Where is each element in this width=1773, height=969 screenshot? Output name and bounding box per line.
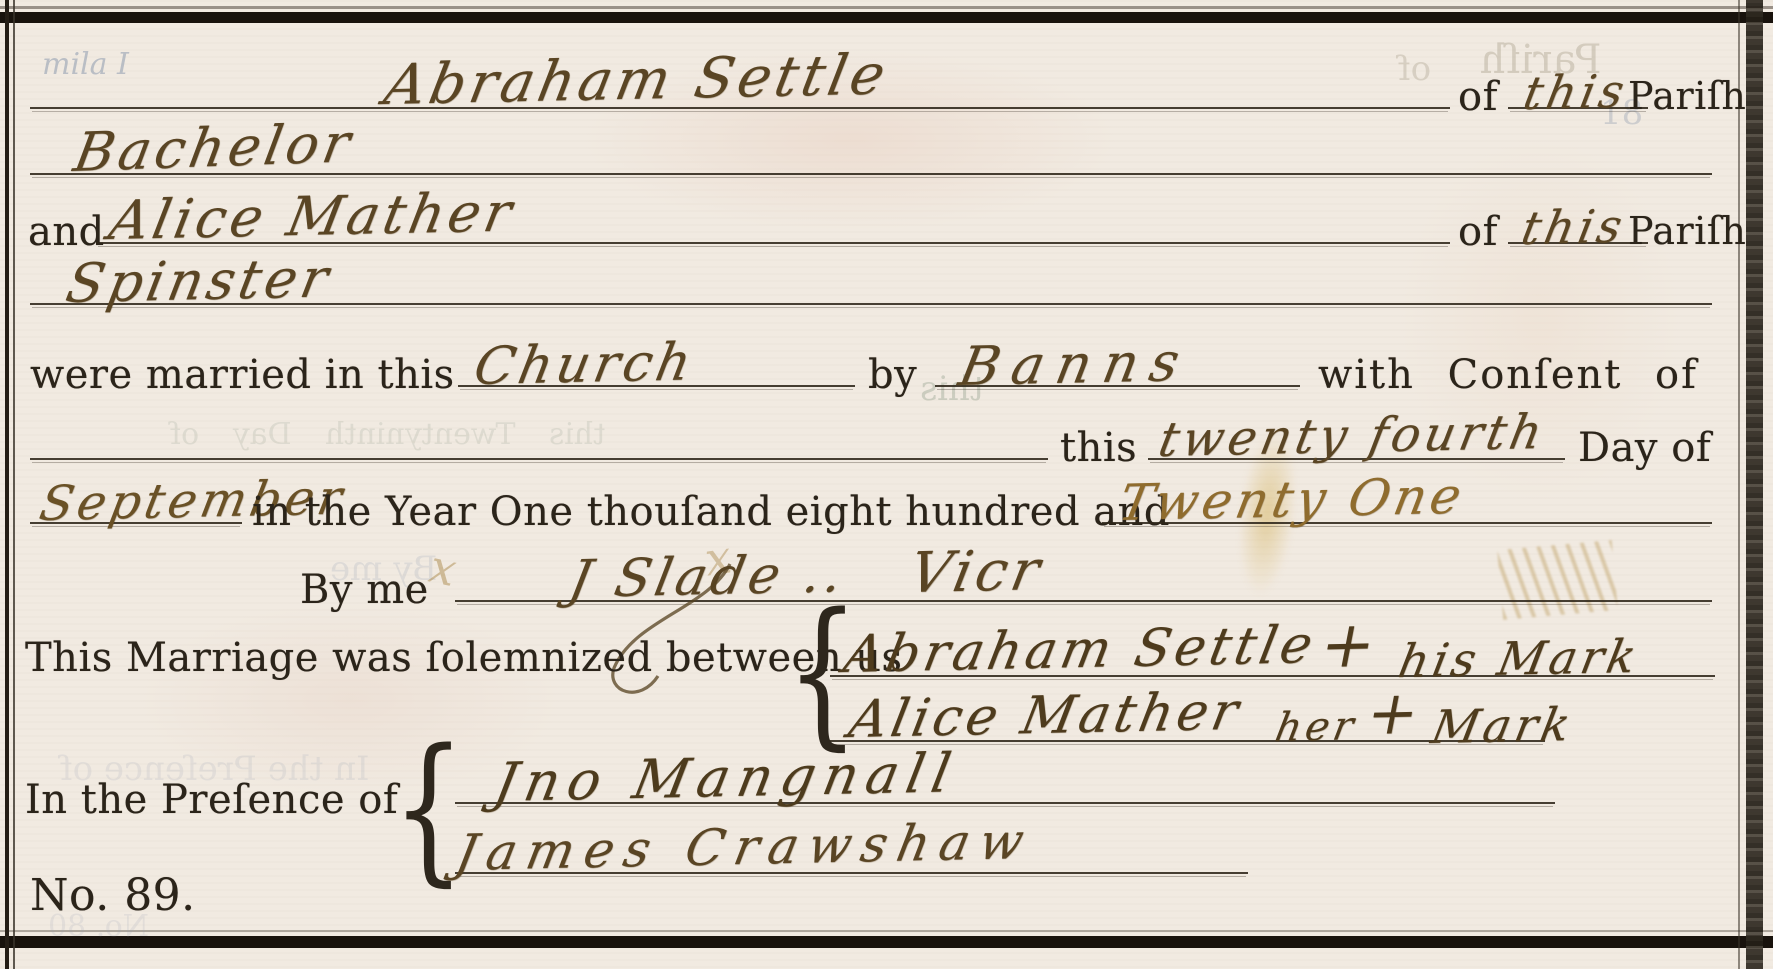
groom-signature: Abraham Settle bbox=[840, 619, 1321, 681]
border-bottom-thin bbox=[0, 930, 1773, 932]
groom-abode-handwritten: this bbox=[1520, 68, 1632, 116]
binding-edge bbox=[1746, 0, 1763, 969]
witness1-signature: Jno Mangnall bbox=[490, 746, 963, 810]
border-top-bar bbox=[0, 12, 1773, 23]
bride-condition-handwritten: Spinster bbox=[62, 252, 336, 311]
officiant-title: Vicr bbox=[905, 543, 1048, 602]
border-left-outer bbox=[5, 0, 9, 969]
border-bottom-bar bbox=[0, 936, 1773, 948]
printed-with-consent: with Conſent of bbox=[1318, 355, 1698, 395]
witness2-signature: James Crawshaw bbox=[452, 816, 1038, 878]
bleedthrough-mark: x bbox=[426, 543, 461, 593]
printed-presence-phrase: In the Preſence of bbox=[25, 780, 398, 820]
printed-label-of: of bbox=[1458, 77, 1498, 117]
printed-label-parish: Pariſh bbox=[1628, 212, 1746, 250]
venue-handwritten: Church bbox=[470, 336, 699, 393]
printed-by-me: By me bbox=[300, 570, 429, 610]
border-top-thin bbox=[0, 6, 1773, 9]
groom-name-handwritten: Abraham Settle bbox=[380, 48, 893, 114]
year-handwritten: Twenty One bbox=[1115, 471, 1469, 528]
marriage-register-entry: mila I Pariſh of 18 this this Twentynint… bbox=[0, 0, 1773, 969]
entry-number: No. 89. bbox=[30, 874, 196, 918]
groom-condition-handwritten: Bachelor bbox=[70, 116, 358, 180]
border-right-line bbox=[1738, 0, 1740, 969]
ruled-line bbox=[30, 458, 1048, 464]
groom-mark-label: his Mark bbox=[1395, 633, 1644, 684]
bleedthrough-text: of bbox=[1398, 52, 1431, 86]
bride-abode-handwritten: this bbox=[1518, 203, 1630, 251]
printed-label-of: of bbox=[1458, 212, 1498, 252]
bleedthrough-text: this Twentyninth Day of bbox=[170, 420, 605, 450]
bleedthrough-text: mila I bbox=[42, 50, 129, 80]
printed-label-this: this bbox=[1060, 428, 1137, 468]
printed-label-parish: Pariſh bbox=[1628, 77, 1746, 115]
border-left-inner bbox=[13, 0, 15, 969]
printed-day-of: Day of bbox=[1578, 428, 1711, 468]
ink-smudge bbox=[1497, 540, 1618, 620]
printed-solemnized-phrase: This Marriage was ſolemnized between us bbox=[25, 638, 903, 678]
printed-label-and: and bbox=[28, 212, 105, 252]
printed-label-by: by bbox=[868, 355, 917, 395]
printed-married-in-this: were married in this bbox=[30, 355, 455, 395]
printed-year-phrase: in the Year One thouſand eight hundred a… bbox=[252, 492, 1170, 532]
bride-mark-pre: her bbox=[1272, 706, 1361, 748]
bride-mark-label: Mark bbox=[1428, 701, 1578, 750]
bride-name-handwritten: Alice Mather bbox=[105, 186, 520, 248]
bride-signature: Alice Mather bbox=[845, 686, 1246, 746]
day-handwritten: twenty fourth bbox=[1155, 408, 1550, 464]
groom-mark-cross: + bbox=[1315, 613, 1381, 678]
bride-mark-cross: + bbox=[1362, 683, 1424, 744]
banns-handwritten: Banns bbox=[955, 335, 1195, 394]
